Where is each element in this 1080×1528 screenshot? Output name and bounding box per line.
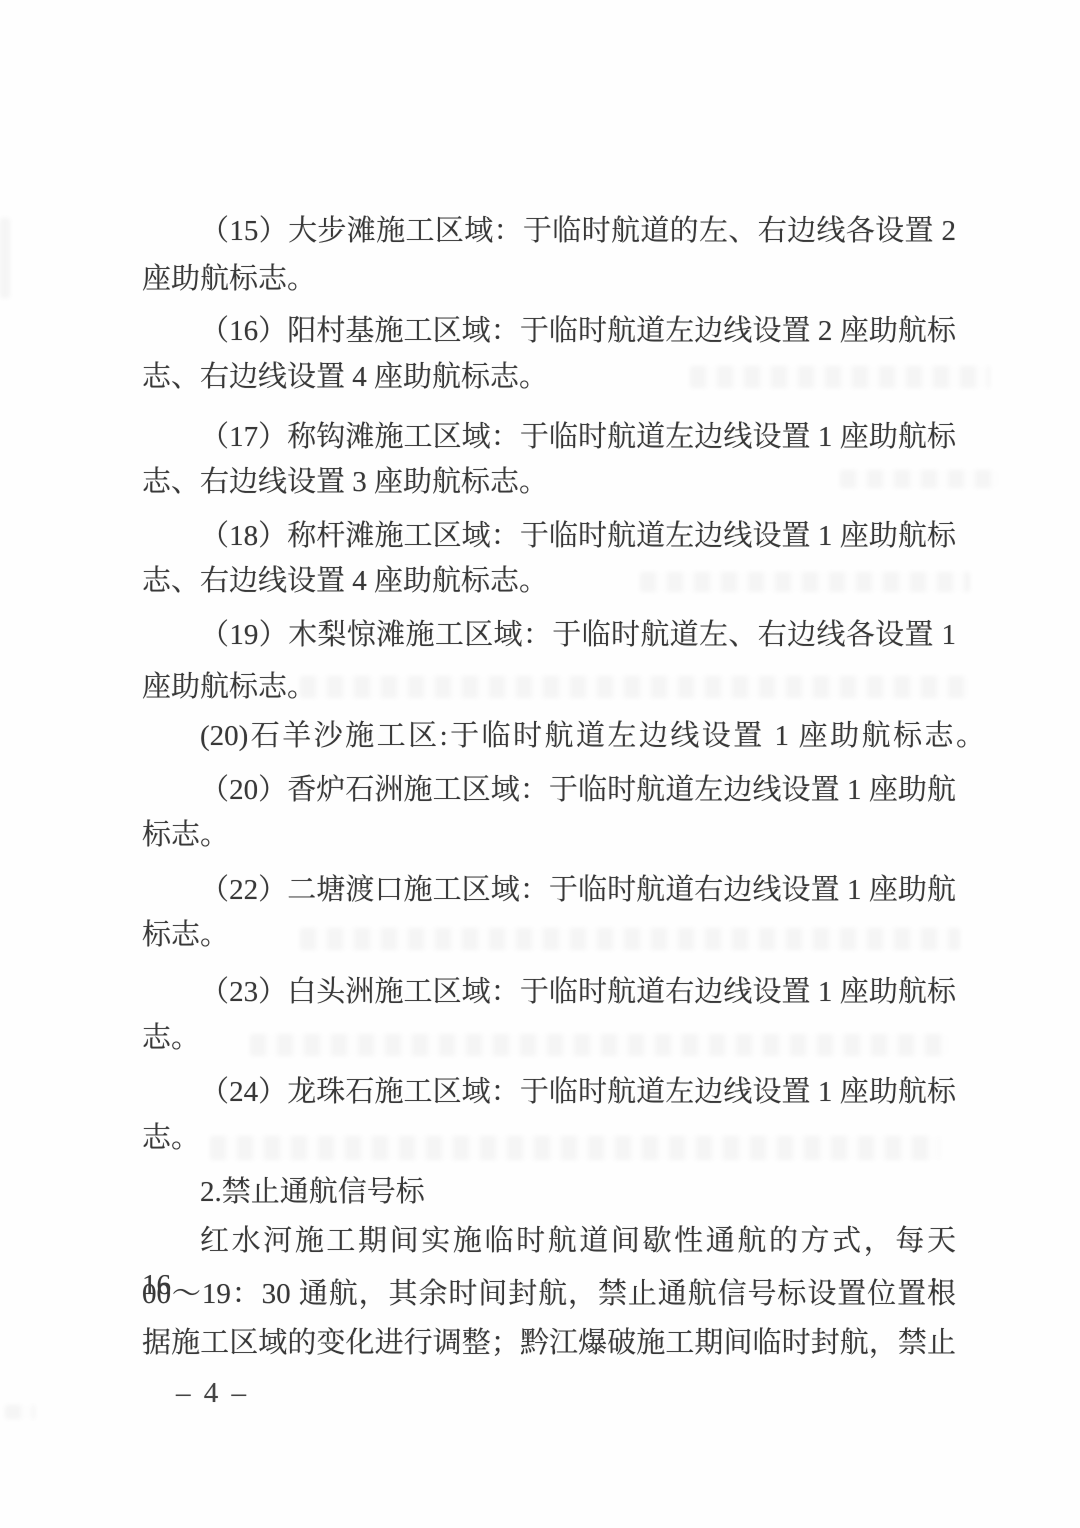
paragraph-19-line-2: 座助航标志。 <box>142 665 956 709</box>
closing-paragraph-line-2: 00～19：30 通航，其余时间封航，禁止通航信号标设置位置根 <box>142 1272 956 1316</box>
paragraph-20a-line-1: (20)石羊沙施工区:于临时航道左边线设置 1 座助航标志。 <box>142 714 985 758</box>
page-number: – 4 – <box>176 1371 249 1415</box>
paragraph-23-line-1: （23）白头洲施工区域：于临时航道右边线设置 1 座助航标 <box>142 970 956 1014</box>
closing-paragraph-line-3: 据施工区域的变化进行调整；黔江爆破施工期间临时封航，禁止 <box>142 1321 956 1365</box>
paragraph-16-line-1: （16）阳村基施工区域：于临时航道左边线设置 2 座助航标 <box>142 309 956 353</box>
paragraph-22-line-2: 标志。 <box>142 913 956 957</box>
paragraph-18-line-2: 志、右边线设置 4 座助航标志。 <box>142 559 956 603</box>
paragraph-20b-line-2: 标志。 <box>142 813 956 857</box>
paragraph-22-line-1: （22）二塘渡口施工区域：于临时航道右边线设置 1 座助航 <box>142 868 956 912</box>
paragraph-15-line-1: （15）大步滩施工区域：于临时航道的左、右边线各设置 2 <box>142 209 956 253</box>
section-heading: 2.禁止通航信号标 <box>142 1170 956 1214</box>
paragraph-20b-line-1: （20）香炉石洲施工区域：于临时航道左边线设置 1 座助航 <box>142 768 956 812</box>
paragraph-17-line-2: 志、右边线设置 3 座助航标志。 <box>142 460 956 504</box>
paragraph-18-line-1: （18）称杆滩施工区域：于临时航道左边线设置 1 座助航标 <box>142 514 956 558</box>
bleed-artifact <box>5 1405 35 1419</box>
paragraph-24-line-2: 志。 <box>142 1116 956 1160</box>
paragraph-17-line-1: （17）称钩滩施工区域：于临时航道左边线设置 1 座助航标 <box>142 415 956 459</box>
paragraph-16-line-2: 志、右边线设置 4 座助航标志。 <box>142 355 956 399</box>
paragraph-23-line-2: 志。 <box>142 1016 956 1060</box>
paragraph-19-line-1: （19）木梨惊滩施工区域：于临时航道左、右边线各设置 1 <box>142 613 956 657</box>
paragraph-24-line-1: （24）龙珠石施工区域：于临时航道左边线设置 1 座助航标 <box>142 1070 956 1114</box>
bleed-artifact <box>0 218 10 298</box>
paragraph-15-line-2: 座助航标志。 <box>142 257 956 301</box>
scanned-document-page: （15）大步滩施工区域：于临时航道的左、右边线各设置 2 座助航标志。 （16）… <box>0 0 1080 1528</box>
